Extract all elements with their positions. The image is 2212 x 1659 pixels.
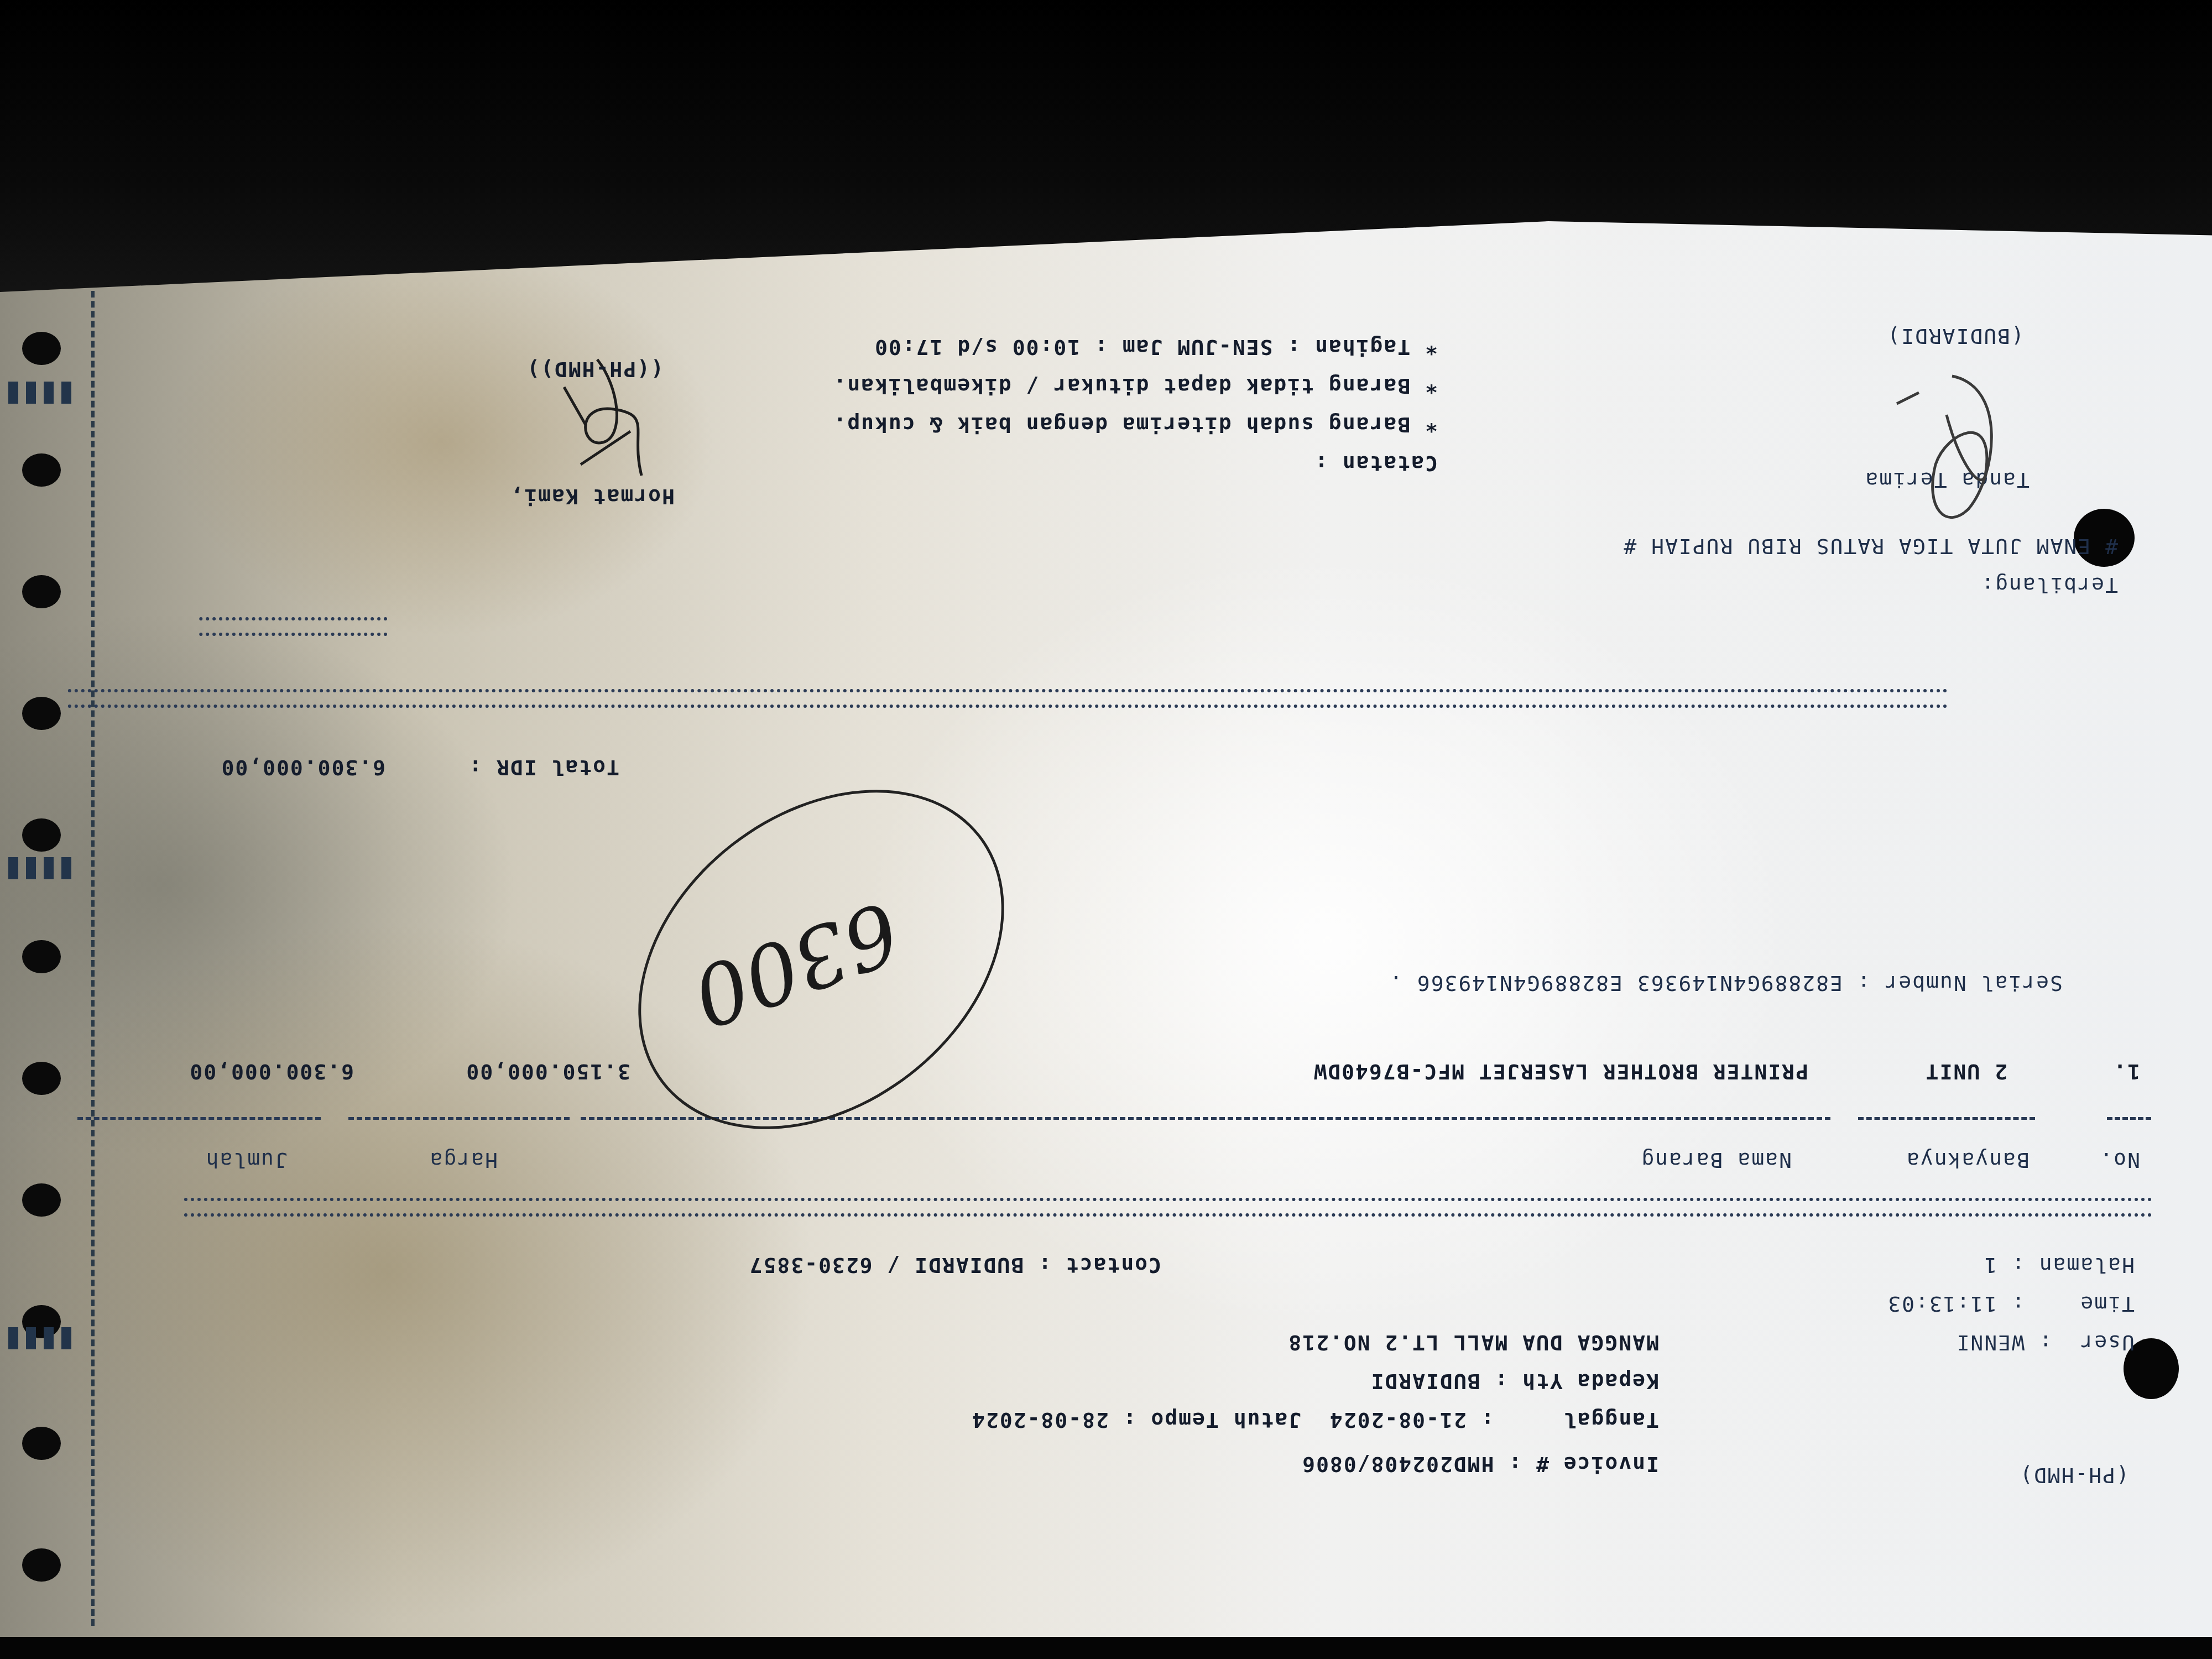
recipient-label: Kepada Yth [1521,1369,1659,1394]
time-value: 11:13:03 [1887,1292,1997,1316]
user-label: User [2079,1331,2135,1355]
note-item: * Barang sudah diterima dengan baik & cu… [832,413,1438,437]
col-header-qty: Banyaknya [1906,1148,2030,1172]
total-label: Total IDR [495,755,619,780]
page-value: 1 [1983,1253,1997,1277]
date-label: Tanggal [1563,1408,1659,1432]
contact-row: Contact : BUDIARDI / 6230-3857 [749,1253,1161,1277]
time-label: Time [2079,1292,2135,1316]
col-divider [77,1117,321,1120]
receiver-signature-icon [1886,365,2030,542]
recipient-address: MANGGA DUA MALL LT.2 NO.218 [1287,1331,1659,1355]
serial-values: E82889G4N149363 E82889G4N149366 . [1389,971,1843,995]
note-item: * Barang tidak dapat ditukar / dikembali… [832,374,1438,398]
total-value: 6.300.000,00 [221,755,386,780]
col-divider [1858,1117,2035,1120]
time-row: Time : 11:13:03 [1887,1292,2135,1316]
page-row: Halaman : 1 [1983,1253,2135,1277]
col-header-no: No. [2099,1148,2140,1172]
col-header-price: Harga [429,1148,498,1172]
terbilang-text: # ENAM JUTA TIGA RATUS RIBU RUPIAH # [1623,534,2118,559]
user-value: WENNI [1956,1331,2025,1355]
invoice-label: Invoice # [1535,1452,1659,1477]
col-header-amount: Jumlah [205,1148,288,1172]
row-no: 1. [2112,1060,2140,1084]
user-row: User : WENNI [1956,1331,2135,1355]
date-row: Tanggal : 21-08-2024 Jatuh Tempo : 28-08… [971,1408,1659,1432]
recipient-row: Kepada Yth : BUDIARDI [1370,1369,1659,1394]
row-qty: 2 UNIT [1925,1060,2007,1084]
note-item: * Tagihan : SEN-JUM Jam : 10:00 s/d 17:0… [874,335,1438,359]
row-amount: 6.300.000,00 [189,1060,354,1084]
sender-name: ((PH-HMD)) [526,357,664,382]
page-label: Halaman [2038,1253,2135,1277]
contact-value: BUDIARDI / 6230-3857 [749,1253,1024,1277]
col-header-item: Nama Barang [1640,1148,1792,1172]
terbilang-label: Terbilang: [1980,573,2118,597]
col-divider [348,1117,570,1120]
receiver-name: (BUDIARDI) [1886,324,2024,348]
row-price: 3.150.000,00 [465,1060,630,1084]
total-underline [199,617,387,636]
serial-label: Serial Number [1884,971,2063,995]
invoice-date: 21-08-2024 [1329,1408,1467,1432]
invoice-number: HMD202408/0806 [1301,1452,1494,1477]
invoice-number-row: Invoice # : HMD202408/0806 [1301,1452,1659,1477]
row-item: PRINTER BROTHER LASERJET MFC-B7640DW [1313,1060,1808,1084]
total-row: Total IDR : 6.300.000,00 [221,755,619,780]
invoice-content: (PH-HMD) Invoice # : HMD202408/0806 Tang… [0,0,2212,1659]
due-date: 28-08-2024 [971,1408,1109,1432]
due-label: Jatuh Tempo [1150,1408,1301,1432]
header-code: (PH-HMD) [2019,1463,2129,1488]
total-divider [66,689,1947,708]
table-top-divider [182,1198,2151,1217]
col-divider [2107,1117,2151,1120]
notes-label: Catatan : [1314,451,1438,476]
serial-row: Serial Number : E82889G4N149363 E82889G4… [1389,971,2063,995]
recipient-name: BUDIARDI [1370,1369,1480,1394]
contact-label: Contact [1065,1253,1161,1277]
